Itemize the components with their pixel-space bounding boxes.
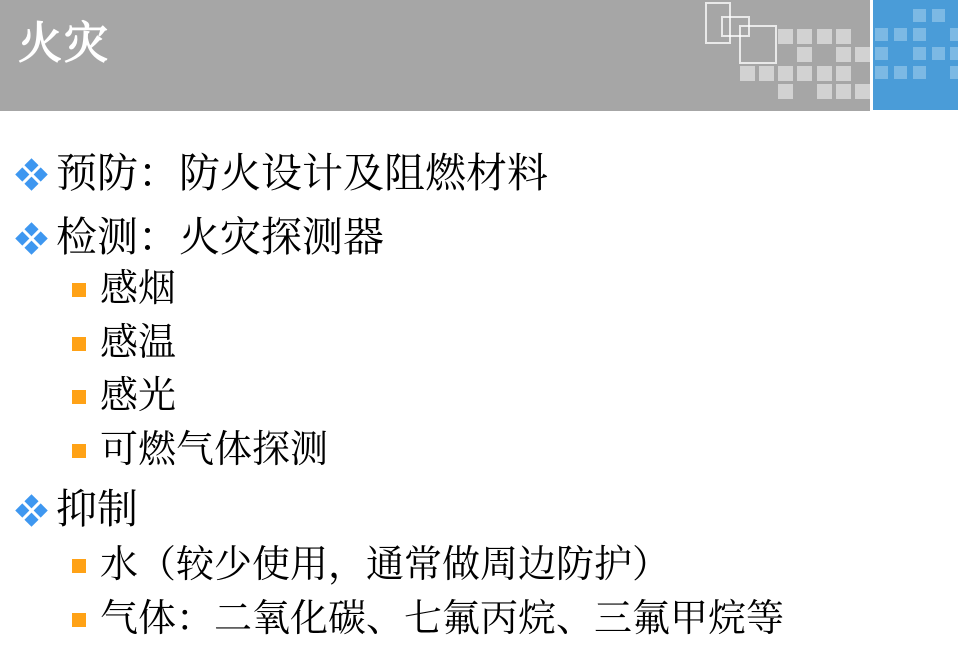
bullet-text: 感烟 [100, 266, 176, 312]
deco-square-icon [875, 47, 888, 60]
bullet-text: 气体：二氧化碳、七氟丙烷、三氟甲烷等 [100, 596, 784, 642]
presentation-slide: 火灾 [0, 0, 958, 662]
deco-square-icon [913, 28, 926, 41]
deco-square-icon [778, 66, 793, 81]
slide-title: 火灾 [18, 20, 110, 68]
deco-square-icon [950, 47, 958, 60]
deco-square-icon [950, 66, 958, 79]
deco-square-icon [894, 66, 907, 79]
deco-square-icon [913, 47, 926, 60]
deco-square-icon [778, 29, 793, 44]
deco-square-icon [740, 66, 755, 81]
deco-square-icon [875, 28, 888, 41]
orange-square-icon [72, 390, 86, 404]
bullet-item: 预防：防火设计及阻燃材料 [18, 148, 548, 198]
deco-square-icon [836, 29, 851, 44]
deco-square-icon [913, 9, 926, 22]
deco-square-icon [836, 84, 851, 99]
deco-square-icon [894, 28, 907, 41]
bullet-item: 抑制 [18, 484, 138, 534]
sub-bullet-item: 感烟 [72, 266, 176, 312]
orange-square-icon [72, 559, 86, 573]
deco-square-icon [875, 66, 888, 79]
sub-bullet-item: 感温 [72, 320, 176, 366]
deco-square-icon [817, 66, 832, 81]
deco-square-icon [855, 47, 870, 62]
orange-square-icon [72, 444, 86, 458]
deco-square-icon [797, 66, 812, 81]
deco-square-icon [817, 84, 832, 99]
deco-square-icon [836, 47, 851, 62]
orange-square-icon [72, 613, 86, 627]
deco-square-icon [836, 66, 851, 81]
sub-bullet-item: 气体：二氧化碳、七氟丙烷、三氟甲烷等 [72, 596, 784, 642]
bullet-item: 检测：火灾探测器 [18, 212, 384, 262]
bullet-text: 水（较少使用，通常做周边防护） [100, 542, 670, 588]
deco-square-icon [932, 47, 945, 60]
four-diamond-icon [15, 158, 48, 191]
deco-square-icon [797, 29, 812, 44]
orange-square-icon [72, 337, 86, 351]
bullet-text: 检测：火灾探测器 [56, 212, 384, 262]
deco-square-icon [950, 28, 958, 41]
outline-square-icon [739, 25, 777, 64]
deco-square-icon [778, 84, 793, 99]
header-accent-block [873, 0, 958, 110]
four-diamond-icon [15, 222, 48, 255]
deco-square-icon [759, 66, 774, 81]
four-diamond-icon [15, 494, 48, 527]
sub-bullet-item: 水（较少使用，通常做周边防护） [72, 542, 670, 588]
deco-square-icon [797, 47, 812, 62]
bullet-text: 感光 [100, 373, 176, 419]
deco-square-icon [817, 29, 832, 44]
bullet-text: 抑制 [56, 484, 138, 534]
deco-square-icon [913, 66, 926, 79]
sub-bullet-item: 可燃气体探测 [72, 427, 328, 473]
deco-square-icon [932, 9, 945, 22]
bullet-text: 可燃气体探测 [100, 427, 328, 473]
sub-bullet-item: 感光 [72, 373, 176, 419]
bullet-text: 感温 [100, 320, 176, 366]
orange-square-icon [72, 283, 86, 297]
bullet-text: 预防：防火设计及阻燃材料 [56, 148, 548, 198]
deco-square-icon [855, 84, 870, 99]
slide-header: 火灾 [0, 0, 870, 111]
